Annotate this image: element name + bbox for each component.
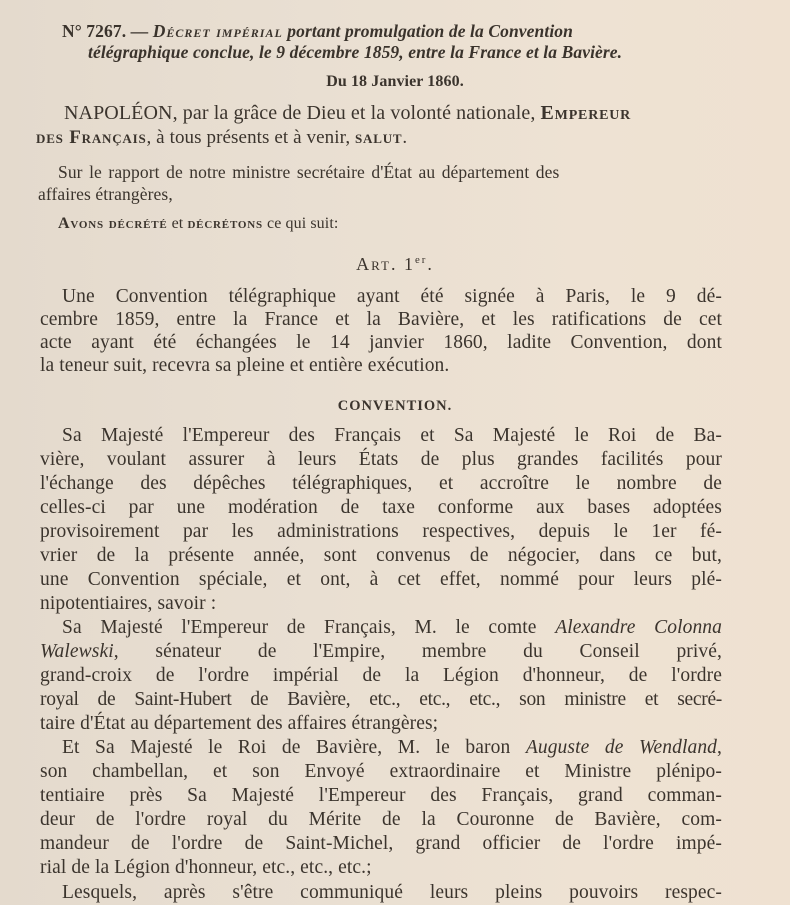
convention-line: Sa Majesté l'Empereur des Français et Sa… [62,425,722,447]
convention-line: une Convention spéciale, et ont, à cet e… [40,569,722,591]
comma: , [717,737,722,758]
decree-date: Du 18 Janvier 1860. [0,73,790,91]
article-period: . [427,254,434,274]
convention-line: mandeur de l'ordre de Saint-Michel, gran… [40,833,722,855]
convention-line: tentiaire près Sa Majesté l'Empereur des… [40,785,722,807]
walewski-surname: Walewski [40,641,114,662]
article-heading: Art. 1er. [0,254,790,275]
preamble-line1: NAPOLÉON, par la grâce de Dieu et la vol… [64,102,631,125]
walewski-name: Alexandre Colonna [555,617,722,638]
rapport-line2: affaires étrangères, [38,184,173,205]
article-sup: er [415,254,427,266]
convention-line: taire d'État au département des affaires… [40,713,438,735]
period: . [402,127,407,148]
convention-heading: CONVENTION. [0,398,790,415]
decree-title-text: portant promulgation de la Convention [283,21,573,41]
convention-line: vière, voulant assurer à leurs États de … [40,449,722,471]
article-line: acte ayant été échangées le 14 janvier 1… [40,332,722,354]
rapport-line1: Sur le rapport de notre ministre secréta… [58,162,559,183]
document-page: N° 7267. — Décret impérial portant promu… [0,0,790,905]
convention-line: vrier de la présente année, sont convenu… [40,545,722,567]
ce-qui-suit: ce qui suit: [263,215,339,232]
decretons-sc: décrétons [187,215,262,232]
article-line: cembre 1859, entre la France et la Baviè… [40,309,722,331]
empereur-sc: Empereur [541,102,632,124]
convention-line: celles-ci par une modération de taxe con… [40,497,722,519]
convention-line: l'échange des dépêches télégraphiques, e… [40,473,722,495]
avons-decrete: Avons décrété et décrétons ce qui suit: [58,215,338,233]
napoleon-text: NAPOLÉON, par la grâce de Dieu et la vol… [64,102,541,124]
presents-text: , à tous présents et à venir, [146,127,355,148]
convention-line: rial de la Légion d'honneur, etc., etc.,… [40,857,372,879]
senateur-text: , sénateur de l'Empire, membre du Consei… [114,641,722,662]
plenipotentiary-france-line2: Walewski, sénateur de l'Empire, membre d… [40,641,722,663]
decree-type: Décret impérial [153,21,283,41]
bavaria-rep-text: Et Sa Majesté le Roi de Bavière, M. le b… [62,737,526,758]
convention-line: royal de Saint-Hubert de Bavière, etc., … [40,689,722,711]
wendland-name: Auguste de Wendland [526,737,717,758]
plenipotentiary-bavaria-line1: Et Sa Majesté le Roi de Bavière, M. le b… [62,737,722,759]
avons-decrete-sc: Avons décrété [58,215,167,232]
article-line: la teneur suit, recevra sa pleine et ent… [40,355,449,377]
convention-line: son chambellan, et son Envoyé extraordin… [40,761,722,783]
decree-title-line2: télégraphique conclue, le 9 décembre 185… [88,42,622,63]
preamble-line2: des Français, à tous présents et à venir… [36,127,407,149]
salut-sc: salut [355,127,402,148]
article-label: Art. 1 [356,254,415,274]
plenipotentiary-france-line1: Sa Majesté l'Empereur de Français, M. le… [62,617,722,639]
convention-line: provisoirement par les administrations r… [40,521,722,543]
convention-line: deur de l'ordre royal du Mérite de la Co… [40,809,722,831]
francais-sc: des Français [36,127,146,148]
france-rep-text: Sa Majesté l'Empereur de Français, M. le… [62,617,555,638]
decree-number: N° 7267. — [62,21,153,41]
et-text: et [167,215,187,232]
decree-title-line1: N° 7267. — Décret impérial portant promu… [62,21,573,42]
convention-line: grand-croix de l'ordre impérial de la Lé… [40,665,722,687]
convention-line: nipotentiaires, savoir : [40,593,216,615]
lesquels-line: Lesquels, après s'être communiqué leurs … [62,882,722,904]
article-line: Une Convention télégraphique ayant été s… [62,286,722,308]
